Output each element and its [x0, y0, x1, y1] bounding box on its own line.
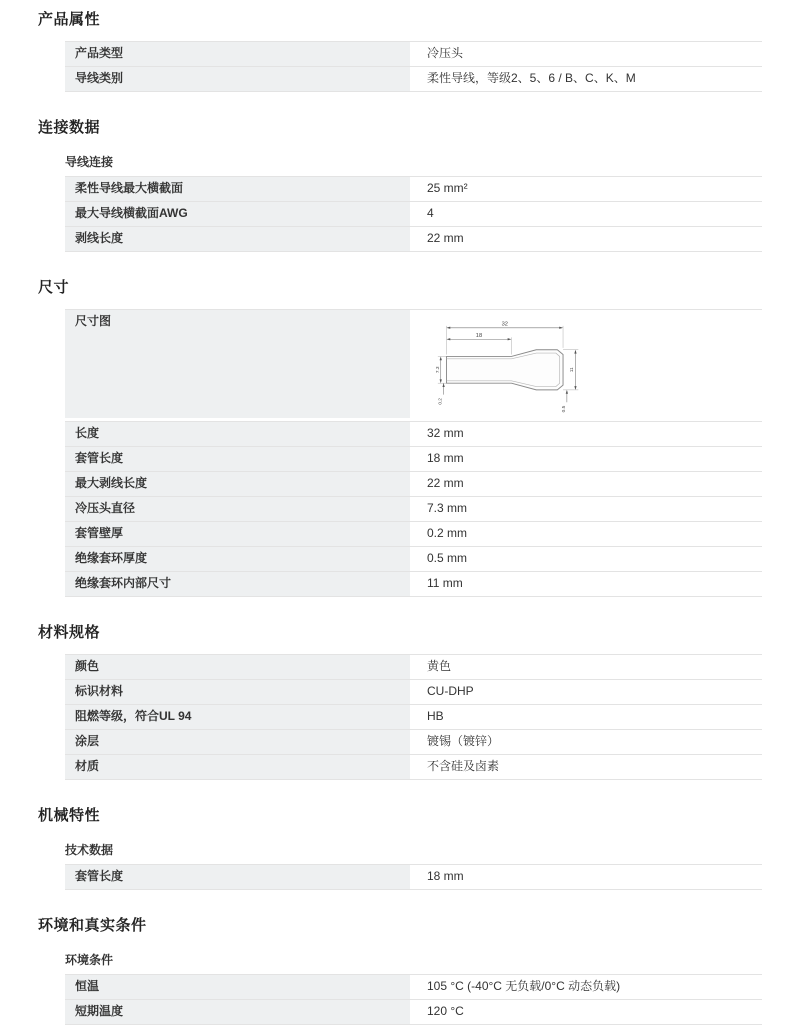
spec-label: 剥线长度: [65, 227, 410, 251]
section-connection-data: 连接数据导线连接柔性导线最大横截面25 mm²最大导线横截面AWG4剥线长度22…: [0, 116, 790, 252]
arrow-icon: [446, 327, 450, 329]
section-product-attributes: 产品属性产品类型冷压头导线类别柔性导线，等级2、5、6 / B、C、K、M: [0, 8, 790, 92]
spec-value: HB: [410, 705, 762, 729]
spec-label: 绝缘套环内部尺寸: [65, 572, 410, 596]
group-subtitle: 导线连接: [65, 153, 790, 170]
spec-label: 套管壁厚: [65, 522, 410, 546]
spec-row: 长度32 mm: [65, 421, 762, 446]
spec-value: 18 mm: [410, 865, 762, 889]
spec-value: 柔性导线，等级2、5、6 / B、C、K、M: [410, 67, 762, 91]
spec-sections-container: 产品属性产品类型冷压头导线类别柔性导线，等级2、5、6 / B、C、K、M连接数…: [0, 8, 790, 1025]
spec-table: 颜色黄色标识材料CU-DHP阻燃等级，符合UL 94HB涂层镀锡（镀锌）材质不含…: [65, 654, 762, 780]
spec-label: 最大导线横截面AWG: [65, 202, 410, 226]
dim-label-collar: 11: [569, 367, 575, 372]
spec-label: 套管长度: [65, 447, 410, 471]
spec-row: 涂层镀锡（镀锌）: [65, 729, 762, 754]
arrow-icon: [446, 338, 450, 340]
spec-label: 尺寸图: [65, 310, 410, 418]
spec-value: 镀锡（镀锌）: [410, 730, 762, 754]
spec-value: 22 mm: [410, 227, 762, 251]
spec-row: 阻燃等级，符合UL 94HB: [65, 704, 762, 729]
spec-row: 标识材料CU-DHP: [65, 679, 762, 704]
spec-row: 导线类别柔性导线，等级2、5、6 / B、C、K、M: [65, 66, 762, 92]
section-title: 连接数据: [38, 116, 790, 137]
spec-value: 25 mm²: [410, 177, 762, 201]
spec-value: 0.2 mm: [410, 522, 762, 546]
spec-row: 套管壁厚0.2 mm: [65, 521, 762, 546]
spec-value: 4: [410, 202, 762, 226]
spec-table: 套管长度18 mm: [65, 864, 762, 890]
spec-label: 恒温: [65, 975, 410, 999]
spec-label: 短期温度: [65, 1000, 410, 1024]
spec-row: 柔性导线最大横截面25 mm²: [65, 176, 762, 201]
spec-label: 长度: [65, 422, 410, 446]
spec-row: 产品类型冷压头: [65, 41, 762, 66]
spec-label: 产品类型: [65, 42, 410, 66]
section-title: 尺寸: [38, 276, 790, 297]
section-dimensions: 尺寸尺寸图 32 18 7.3 0.2 11: [0, 276, 790, 597]
spec-row: 恒温105 °C (-40°C 无负载/0°C 动态负载): [65, 974, 762, 999]
spec-value: 不含硅及卤素: [410, 755, 762, 779]
spec-label: 涂层: [65, 730, 410, 754]
spec-row: 材质不含硅及卤素: [65, 754, 762, 780]
section-environmental-conditions: 环境和真实条件环境条件恒温105 °C (-40°C 无负载/0°C 动态负载)…: [0, 914, 790, 1025]
spec-row: 绝缘套环内部尺寸11 mm: [65, 571, 762, 597]
spec-label: 阻燃等级，符合UL 94: [65, 705, 410, 729]
spec-table: 恒温105 °C (-40°C 无负载/0°C 动态负载)短期温度120 °C: [65, 974, 762, 1025]
spec-value: 120 °C: [410, 1000, 762, 1024]
spec-label: 最大剥线长度: [65, 472, 410, 496]
section-title: 机械特性: [38, 804, 790, 825]
group-subtitle: 技术数据: [65, 841, 790, 858]
spec-label: 柔性导线最大横截面: [65, 177, 410, 201]
spec-value: 冷压头: [410, 42, 762, 66]
dim-label-collar-wall: 0.5: [561, 405, 567, 412]
arrow-icon: [559, 327, 563, 329]
spec-row: 套管长度18 mm: [65, 864, 762, 890]
spec-value: 黄色: [410, 655, 762, 679]
spec-table: 尺寸图 32 18 7.3 0.2 11: [65, 309, 762, 597]
dim-label-wall: 0.2: [438, 398, 444, 405]
spec-value: 7.3 mm: [410, 497, 762, 521]
spec-row: 颜色黄色: [65, 654, 762, 679]
spec-value: 22 mm: [410, 472, 762, 496]
spec-row: 绝缘套环厚度0.5 mm: [65, 546, 762, 571]
spec-row: 短期温度120 °C: [65, 999, 762, 1025]
dim-label-diameter: 7.3: [435, 366, 441, 373]
arrow-icon: [574, 350, 576, 354]
spec-value: 32 mm: [410, 422, 762, 446]
ferrule-dimension-diagram: 32 18 7.3 0.2 11 0.5: [435, 316, 607, 416]
section-mechanical-properties: 机械特性技术数据套管长度18 mm: [0, 804, 790, 890]
spec-label: 绝缘套环厚度: [65, 547, 410, 571]
arrow-icon: [442, 383, 444, 387]
spec-row: 套管长度18 mm: [65, 446, 762, 471]
spec-label: 标识材料: [65, 680, 410, 704]
arrow-icon: [566, 390, 568, 394]
page: { "page": { "sections": [ { "id": "produ…: [0, 0, 790, 1025]
spec-row: 最大导线横截面AWG4: [65, 201, 762, 226]
arrow-icon: [574, 386, 576, 390]
diagram-cell: 32 18 7.3 0.2 11 0.5: [410, 310, 762, 421]
spec-label: 颜色: [65, 655, 410, 679]
ferrule-body-outline: [446, 350, 563, 390]
spec-value: 11 mm: [410, 572, 762, 596]
spec-table: 产品类型冷压头导线类别柔性导线，等级2、5、6 / B、C、K、M: [65, 41, 762, 92]
dim-label-overall: 32: [502, 321, 508, 327]
spec-row: 尺寸图 32 18 7.3 0.2 11: [65, 309, 762, 421]
spec-row: 剥线长度22 mm: [65, 226, 762, 252]
group-subtitle: 环境条件: [65, 951, 790, 968]
section-title: 环境和真实条件: [38, 914, 790, 935]
spec-row: 冷压头直径7.3 mm: [65, 496, 762, 521]
section-title: 产品属性: [38, 8, 790, 29]
arrow-icon: [508, 338, 512, 340]
arrow-icon: [440, 356, 442, 360]
section-material-specs: 材料规格颜色黄色标识材料CU-DHP阻燃等级，符合UL 94HB涂层镀锡（镀锌）…: [0, 621, 790, 780]
arrow-icon: [440, 379, 442, 383]
spec-label: 材质: [65, 755, 410, 779]
spec-value: 105 °C (-40°C 无负载/0°C 动态负载): [410, 975, 762, 999]
spec-value: 0.5 mm: [410, 547, 762, 571]
spec-label: 套管长度: [65, 865, 410, 889]
spec-value: 18 mm: [410, 447, 762, 471]
dim-label-sleeve: 18: [476, 333, 482, 339]
spec-label: 冷压头直径: [65, 497, 410, 521]
section-title: 材料规格: [38, 621, 790, 642]
spec-table: 柔性导线最大横截面25 mm²最大导线横截面AWG4剥线长度22 mm: [65, 176, 762, 252]
spec-value: CU-DHP: [410, 680, 762, 704]
spec-row: 最大剥线长度22 mm: [65, 471, 762, 496]
spec-label: 导线类别: [65, 67, 410, 91]
